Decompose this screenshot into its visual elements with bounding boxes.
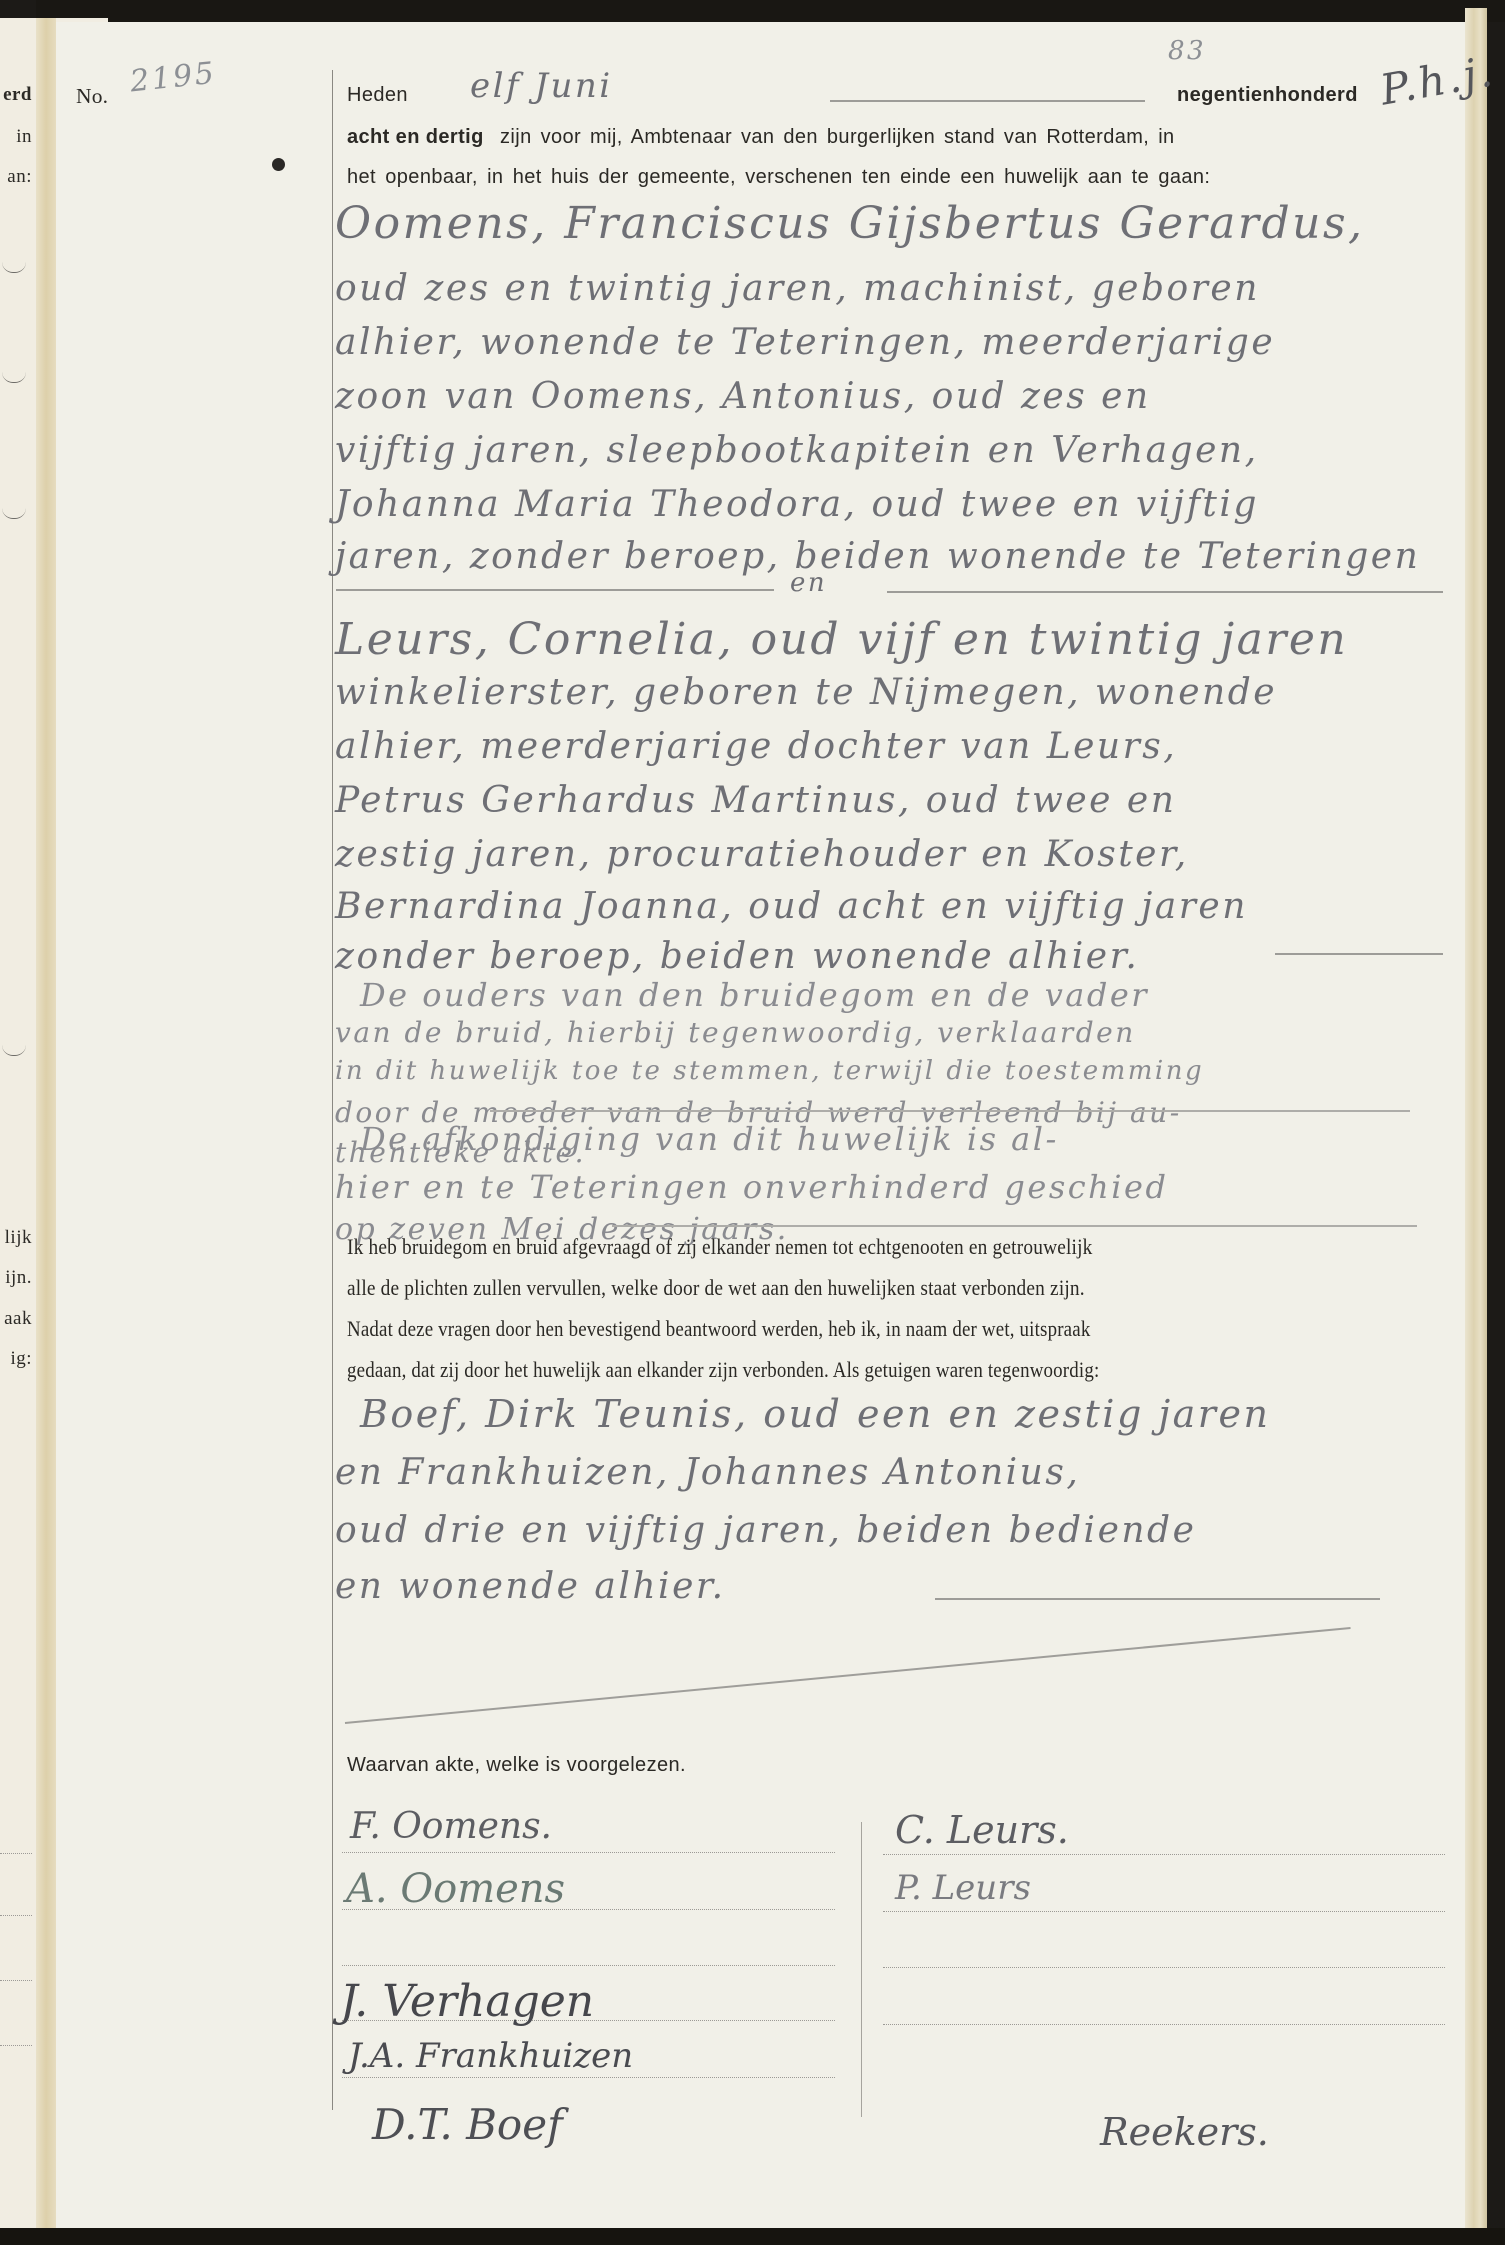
left-fragment: aak <box>0 1308 32 1330</box>
signature-groom: F. Oomens. <box>350 1806 552 1847</box>
century-word: negentienhonderd <box>1177 84 1358 107</box>
signature-bride: C. Leurs. <box>895 1808 1069 1852</box>
groom-line: alhier, wonende te Teteringen, meerderja… <box>335 322 1275 363</box>
left-fragment: erd <box>0 84 32 106</box>
closing-statement: Waarvan akte, welke is voorgelezen. <box>347 1754 686 1777</box>
signature-line <box>342 2077 835 2078</box>
signature-line <box>342 1965 835 1966</box>
bride-line: alhier, meerderjarige dochter van Leurs, <box>335 726 1177 767</box>
separator-rule-right <box>887 591 1443 593</box>
groom-line: vijftig jaren, sleepbootkapitein en Verh… <box>335 430 1259 471</box>
signature-line <box>883 1967 1445 1968</box>
signature-bride-father: P. Leurs <box>895 1868 1031 1908</box>
left-fragment: in <box>0 126 32 148</box>
bride-line: Leurs, Cornelia, oud vijf en twintig jar… <box>335 614 1348 665</box>
separator-rule-left <box>336 589 774 591</box>
witness-line: oud drie en vijftig jaren, beiden bedien… <box>335 1510 1196 1551</box>
left-dotted-line <box>0 1853 32 1854</box>
right-page-edge <box>1465 8 1487 2228</box>
scan-bottom-shadow <box>0 2228 1505 2245</box>
bride-line: zestig jaren, procuratiehouder en Koster… <box>335 834 1189 875</box>
consent-line: De ouders van den bruidegom en de vader <box>360 976 1149 1014</box>
declaration-line: Nadat deze vragen door hen bevestigend b… <box>347 1316 1090 1342</box>
signature-groom-mother: J. Verhagen <box>340 1976 594 2027</box>
left-fragment: an: <box>0 166 32 188</box>
left-fragment: ig: <box>0 1348 32 1370</box>
groom-line: Johanna Maria Theodora, oud twee en vijf… <box>335 484 1259 525</box>
signature-line <box>342 1852 835 1853</box>
left-fragment: ijn. <box>0 1267 32 1289</box>
left-fragment: lijk <box>0 1227 32 1249</box>
folio-number: 83 <box>1168 36 1206 66</box>
groom-line: jaren, zonder beroep, beiden wonende te … <box>335 536 1420 577</box>
date-fill-line <box>830 100 1145 102</box>
bride-line: Bernardina Joanna, oud acht en vijftig j… <box>335 886 1248 927</box>
bride-line: zonder beroep, beiden wonende alhier. <box>335 936 1139 977</box>
date-handwritten: elf Juni <box>470 66 613 106</box>
left-dotted-line <box>0 1915 32 1916</box>
signature-groom-father: A. Oomens <box>346 1866 565 1912</box>
bride-line: Petrus Gerhardus Martinus, oud twee en <box>335 780 1176 821</box>
scan-top-shadow <box>36 0 1505 22</box>
signature-line <box>883 1854 1445 1855</box>
margin-column-rule <box>332 70 333 2110</box>
groom-line: zoon van Oomens, Antonius, oud zes en <box>335 376 1151 417</box>
groom-line: oud zes en twintig jaren, machinist, geb… <box>335 268 1260 309</box>
declaration-line: gedaan, dat zij door het huwelijk aan el… <box>347 1357 1099 1383</box>
signature-registrar: Reekers. <box>1100 2110 1269 2154</box>
witness-line: en Frankhuizen, Johannes Antonius, <box>335 1452 1080 1493</box>
witness-fill-line <box>935 1598 1380 1600</box>
year-word: acht en dertig <box>347 126 484 149</box>
consent-fill-line <box>490 1110 1410 1112</box>
separator-word: en <box>790 568 827 598</box>
banns-line: hier en te Teteringen onverhinderd gesch… <box>335 1168 1168 1206</box>
signature-line <box>883 2024 1445 2025</box>
consent-line: in dit huwelijk toe te stemmen, terwijl … <box>335 1056 1204 1086</box>
witness-line: en wonende alhier. <box>335 1566 726 1607</box>
preamble-line-3: het openbaar, in het huis der gemeente, … <box>347 166 1210 189</box>
binding-gutter <box>36 18 56 2228</box>
signature-column-divider <box>861 1822 862 2117</box>
left-dotted-line <box>0 2045 32 2046</box>
bride-line: winkelierster, geboren te Nijmegen, wone… <box>335 672 1277 713</box>
banns-fill-line <box>612 1225 1417 1227</box>
witness-line: Boef, Dirk Teunis, oud een en zestig jar… <box>360 1392 1270 1436</box>
heden-label: Heden <box>347 84 408 107</box>
punch-hole-mark <box>272 158 285 171</box>
signature-witness-boef: D.T. Boef <box>372 2100 563 2149</box>
signature-witness-frankhuizen: J.A. Frankhuizen <box>348 2036 633 2076</box>
consent-line: van de bruid, hierbij tegenwoordig, verk… <box>335 1016 1136 1049</box>
bride-fill-line <box>1275 953 1443 955</box>
declaration-line: Ik heb bruidegom en bruid afgevraagd of … <box>347 1234 1093 1260</box>
record-number-label: No. <box>76 84 108 109</box>
groom-line: Oomens, Franciscus Gijsbertus Gerardus, <box>335 198 1365 249</box>
left-dotted-line <box>0 1980 32 1981</box>
declaration-line: alle de plichten zullen vervullen, welke… <box>347 1275 1085 1301</box>
preamble-line-2: zijn voor mij, Ambtenaar van den burgerl… <box>500 126 1175 149</box>
banns-line: De afkondiging van dit huwelijk is al- <box>360 1120 1059 1158</box>
signature-line <box>883 1911 1445 1912</box>
